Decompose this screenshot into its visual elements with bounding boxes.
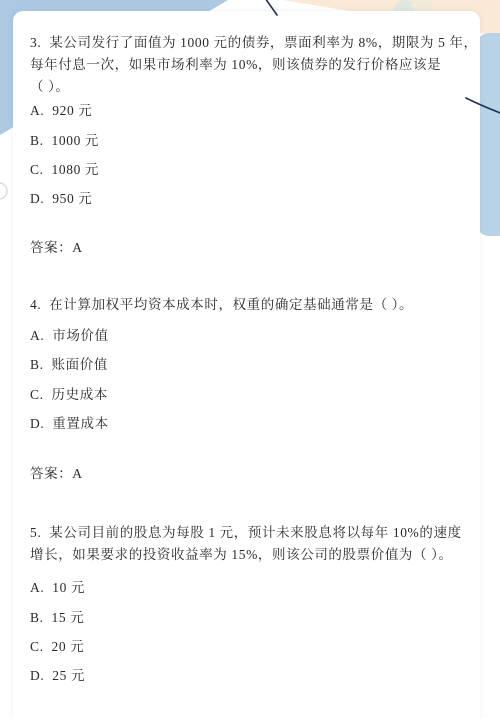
question-3-line-3: （ ）。: [30, 75, 70, 95]
question-3-option-d: D. 950 元: [30, 187, 92, 207]
question-5-option-d: D. 25 元: [30, 664, 85, 684]
question-3-option-b: B. 1000 元: [30, 129, 99, 149]
question-5-option-a: A. 10 元: [30, 576, 85, 596]
question-3-option-c: C. 1080 元: [30, 158, 99, 178]
exam-page-screenshot: { "decor": { "blue_corner": "#adc9e2", "…: [0, 0, 500, 719]
question-4-option-a: A. 市场价值: [30, 324, 109, 344]
question-3-answer: 答案：A: [30, 236, 83, 256]
question-3-line-2: 每年付息一次，如果市场利率为 10%，则该债券的发行价格应该是: [30, 53, 441, 73]
question-4-option-d: D. 重置成本: [30, 412, 109, 432]
question-3-option-a: A. 920 元: [30, 99, 92, 119]
question-3-line-1: 3. 某公司发行了面值为 1000 元的债券，票面利率为 8%，期限为 5 年，: [30, 31, 478, 51]
question-5-line-1: 5. 某公司目前的股息为每股 1 元，预计未来股息将以每年 10%的速度: [30, 521, 462, 541]
question-4-option-b: B. 账面价值: [30, 353, 108, 373]
question-4-option-c: C. 历史成本: [30, 383, 108, 403]
question-5-option-c: C. 20 元: [30, 635, 84, 655]
document-content: 3. 某公司发行了面值为 1000 元的债券，票面利率为 8%，期限为 5 年，…: [0, 0, 500, 719]
question-4-line-1: 4. 在计算加权平均资本成本时，权重的确定基础通常是（ ）。: [30, 293, 413, 313]
question-5-option-b: B. 15 元: [30, 606, 84, 626]
question-5-line-2: 增长，如果要求的投资收益率为 15%，则该公司的股票价值为（ ）。: [30, 543, 453, 563]
question-4-answer: 答案：A: [30, 462, 83, 482]
